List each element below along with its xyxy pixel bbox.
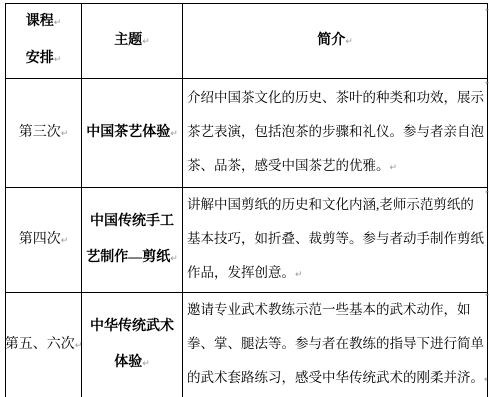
cell-theme: 中华传统武术 体验↵	[82, 293, 183, 397]
table-row: 第三次↵ 中国茶艺体验↵ 介绍中国茶文化的历史、茶叶的种类和功效，展示 茶艺表演…	[6, 79, 488, 188]
paragraph-mark: ↵	[142, 37, 150, 47]
paragraph: 讲解中国剪纸的历史和文化内涵,老师示范剪纸的 基本技巧，如折叠、裁剪等。参与者动…	[187, 188, 484, 292]
paragraph: 第三次↵	[19, 115, 69, 152]
paragraph-mark: ↵	[170, 129, 178, 139]
cell-intro: 邀请专业武术教练示范一些基本的武术动作，如 拳、掌、腿法等。参与者在教练的指导下…	[183, 293, 488, 397]
schedule-text: 第三次↵	[6, 115, 81, 152]
intro-text: 邀请专业武术教练示范一些基本的武术动作，如 拳、掌、腿法等。参与者在教练的指导下…	[183, 293, 487, 397]
paragraph-mark: ↵	[54, 55, 62, 65]
theme-text: 中国茶艺体验↵	[82, 115, 182, 152]
theme-text: 中国传统手工 艺制作—剪纸↵	[82, 204, 182, 277]
paragraph: 简介↵	[317, 23, 353, 60]
header-cell-theme: 主题↵	[82, 4, 183, 79]
cell-schedule: 第五、六次↵	[6, 293, 82, 397]
paragraph-mark: ↵	[142, 359, 150, 369]
cell-schedule: 第四次↵	[6, 188, 82, 293]
paragraph: 中国传统手工 艺制作—剪纸↵	[86, 204, 178, 277]
header-intro-text: 简介↵	[183, 23, 487, 60]
table-row: 第四次↵ 中国传统手工 艺制作—剪纸↵ 讲解中国剪纸的历史和文化内涵,老师示范剪…	[6, 188, 488, 293]
cell-intro: 介绍中国茶文化的历史、茶叶的种类和功效，展示 茶艺表演，包括泡茶的步骤和礼仪。参…	[183, 79, 488, 188]
header-theme-text: 主题↵	[82, 23, 182, 60]
header-cell-schedule: 课程↵安排↵	[6, 4, 82, 79]
row-end-mark: ↵	[485, 189, 489, 196]
paragraph-mark: ↵	[54, 18, 62, 28]
paragraph-mark: ↵	[390, 163, 398, 173]
cell-theme: 中国传统手工 艺制作—剪纸↵	[82, 188, 183, 293]
intro-text: 介绍中国茶文化的历史、茶叶的种类和功效，展示 茶艺表演，包括泡茶的步骤和礼仪。参…	[183, 81, 487, 185]
document-page: 课程↵安排↵ 主题↵ 简介↵ 第三次↵ 中国茶艺体验↵ 介绍中国茶文化的历史、茶…	[0, 0, 489, 397]
paragraph: 安排↵	[26, 41, 62, 78]
paragraph: 介绍中国茶文化的历史、茶叶的种类和功效，展示 茶艺表演，包括泡茶的步骤和礼仪。参…	[187, 81, 484, 185]
schedule-text: 第四次↵	[6, 222, 81, 259]
paragraph: 主题↵	[114, 23, 150, 60]
row-end-mark: ↵	[485, 292, 489, 299]
paragraph: 中华传统武术 体验↵	[90, 309, 174, 382]
paragraph: 第五、六次↵	[6, 327, 82, 364]
table-header-row: 课程↵安排↵ 主题↵ 简介↵	[6, 4, 488, 79]
cell-theme: 中国茶艺体验↵	[82, 79, 183, 188]
theme-text: 中华传统武术 体验↵	[82, 309, 182, 382]
course-schedule-table: 课程↵安排↵ 主题↵ 简介↵ 第三次↵ 中国茶艺体验↵ 介绍中国茶文化的历史、茶…	[5, 3, 488, 397]
schedule-text: 第五、六次↵	[6, 327, 81, 364]
header-schedule-text: 课程↵安排↵	[6, 4, 81, 78]
paragraph-mark: ↵	[484, 375, 488, 385]
table-row: 第五、六次↵ 中华传统武术 体验↵ 邀请专业武术教练示范一些基本的武术动作，如 …	[6, 293, 488, 397]
paragraph-mark: ↵	[75, 341, 82, 351]
cell-intro: 讲解中国剪纸的历史和文化内涵,老师示范剪纸的 基本技巧，如折叠、裁剪等。参与者动…	[183, 188, 488, 293]
header-cell-intro: 简介↵	[183, 4, 488, 79]
row-end-mark: ↵	[485, 80, 489, 87]
paragraph: 第四次↵	[19, 222, 69, 259]
cell-schedule: 第三次↵	[6, 79, 82, 188]
row-end-mark: ↵	[485, 7, 489, 14]
paragraph: 中国茶艺体验↵	[86, 115, 178, 152]
intro-text: 讲解中国剪纸的历史和文化内涵,老师示范剪纸的 基本技巧，如折叠、裁剪等。参与者动…	[183, 188, 487, 292]
paragraph: 课程↵	[26, 4, 62, 41]
paragraph-mark: ↵	[61, 236, 69, 246]
paragraph-mark: ↵	[61, 129, 69, 139]
paragraph-mark: ↵	[295, 270, 303, 280]
paragraph: 邀请专业武术教练示范一些基本的武术动作，如 拳、掌、腿法等。参与者在教练的指导下…	[187, 293, 488, 397]
paragraph-mark: ↵	[170, 254, 178, 264]
paragraph-mark: ↵	[345, 37, 353, 47]
